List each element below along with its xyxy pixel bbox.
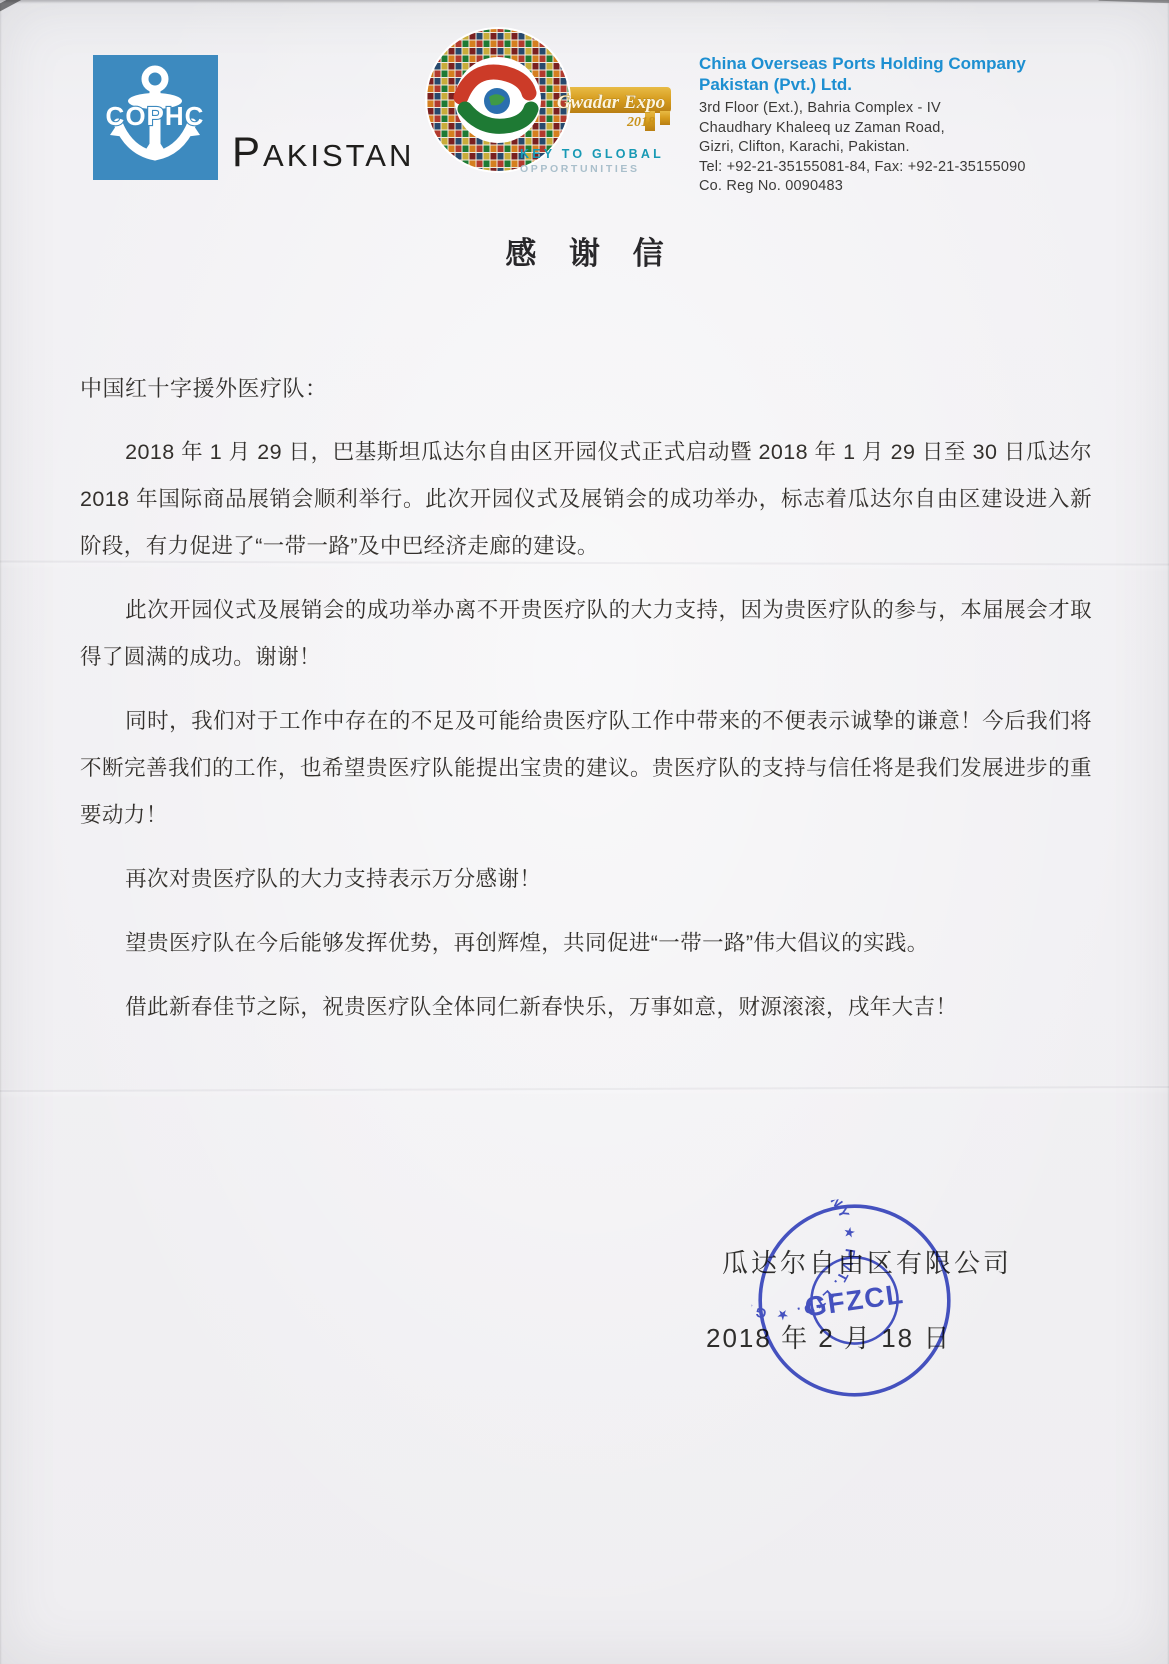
cophc-logo: COPHC (93, 55, 218, 180)
paragraph: 望贵医疗队在今后能够发挥优势，再创辉煌，共同促进“一带一路”伟大倡议的实践。 (80, 920, 1092, 967)
expo-tagline-2: OPPORTUNITIES (520, 163, 640, 175)
company-address-line: 3rd Floor (Ext.), Bahria Complex - IV (699, 99, 1079, 119)
stamp-center-text: GFZCL (803, 1278, 906, 1323)
scan-artifact (0, 0, 28, 13)
pakistan-wordmark: PAKISTAN (232, 128, 414, 176)
gwadar-expo-logo: Gwadar Expo 2018 KEY TO GLOBAL OPPORTUNI… (413, 25, 678, 177)
expo-title: Gwadar Expo (557, 92, 665, 113)
paragraph: 同时，我们对于工作中存在的不足及可能给贵医疗队工作中带来的不便表示诚挚的谦意！今… (80, 698, 1092, 839)
letter-scan-page: COPHC PAKISTAN (0, 0, 1169, 1664)
letterhead-company-block: China Overseas Ports Holding Company Pak… (699, 53, 1079, 197)
paragraph: 此次开园仪式及展销会的成功举办离不开贵医疗队的大力支持，因为贵医疗队的参与，本届… (80, 587, 1092, 681)
company-phone-line: Tel: +92-21-35155081-84, Fax: +92-21-351… (699, 158, 1079, 178)
scan-artifact (1098, 0, 1169, 3)
company-name: China Overseas Ports Holding Company Pak… (699, 53, 1079, 95)
letter-body: 中国红十字援外医疗队： 2018 年 1 月 29 日，巴基斯坦瓜达尔自由区开园… (80, 372, 1092, 1048)
letter-title: 感 谢 信 (0, 228, 1169, 273)
paragraph: 2018 年 1 月 29 日，巴基斯坦瓜达尔自由区开园仪式正式启动暨 2018… (80, 429, 1092, 570)
company-address-line: Gizri, Clifton, Karachi, Pakistan. (699, 138, 1079, 158)
company-address-line: Chaudhary Khaleeq uz Zaman Road, (699, 119, 1079, 139)
stamp-seal-icon: ★ GWADAR FREE ZONE COMPANY ★ PVT. LTD. G… (739, 1185, 971, 1417)
expo-year: 2018 (626, 115, 655, 130)
expo-tagline-1: KEY TO GLOBAL (520, 147, 664, 161)
company-reg-line: Co. Reg No. 0090483 (699, 177, 1079, 197)
paragraph: 再次对贵医疗队的大力支持表示万分感谢！ (80, 856, 1092, 903)
paper-crease (0, 1086, 1169, 1092)
expo-key-icon: Gwadar Expo 2018 KEY TO GLOBAL OPPORTUNI… (413, 25, 678, 177)
cophc-logo-text: COPHC (106, 101, 205, 131)
paragraph: 借此新春佳节之际，祝贵医疗队全体同仁新春快乐，万事如意，财源滚滚，戌年大吉！ (80, 984, 1092, 1031)
company-stamp: ★ GWADAR FREE ZONE COMPANY ★ PVT. LTD. G… (739, 1185, 971, 1417)
salutation: 中国红十字援外医疗队： (80, 372, 1092, 403)
anchor-icon: COPHC (93, 55, 218, 180)
